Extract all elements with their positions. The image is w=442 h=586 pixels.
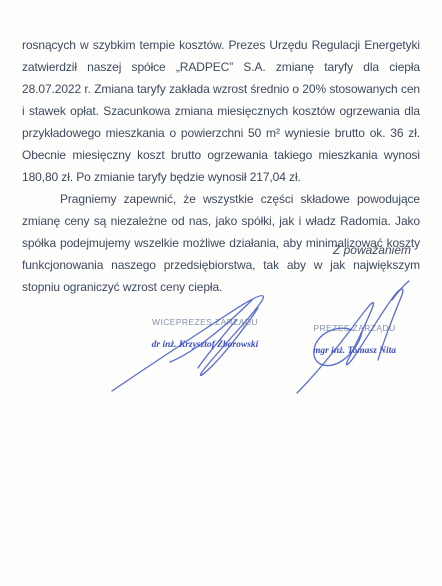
- closing-salutation: Z poważaniem: [333, 243, 411, 257]
- signature-block-president: PREZES ZARZĄDU mgr inż. Tomasz Nita: [292, 323, 417, 356]
- signature-title-president: PREZES ZARZĄDU: [292, 323, 417, 333]
- signature-name-president: mgr inż. Tomasz Nita: [292, 346, 417, 356]
- letter-page: rosnących w szybkim tempie kosztów. Prez…: [0, 0, 442, 586]
- letter-body: rosnących w szybkim tempie kosztów. Prez…: [22, 34, 420, 298]
- paragraph-tariff-change: rosnących w szybkim tempie kosztów. Prez…: [22, 34, 420, 188]
- signature-title-vice-president: WICEPREZES ZARZĄDU: [140, 317, 270, 327]
- signature-block-vice-president: WICEPREZES ZARZĄDU dr inż. Krzysztof Zbo…: [140, 317, 270, 350]
- signature-name-vice-president: dr inż. Krzysztof Zborowski: [140, 340, 270, 350]
